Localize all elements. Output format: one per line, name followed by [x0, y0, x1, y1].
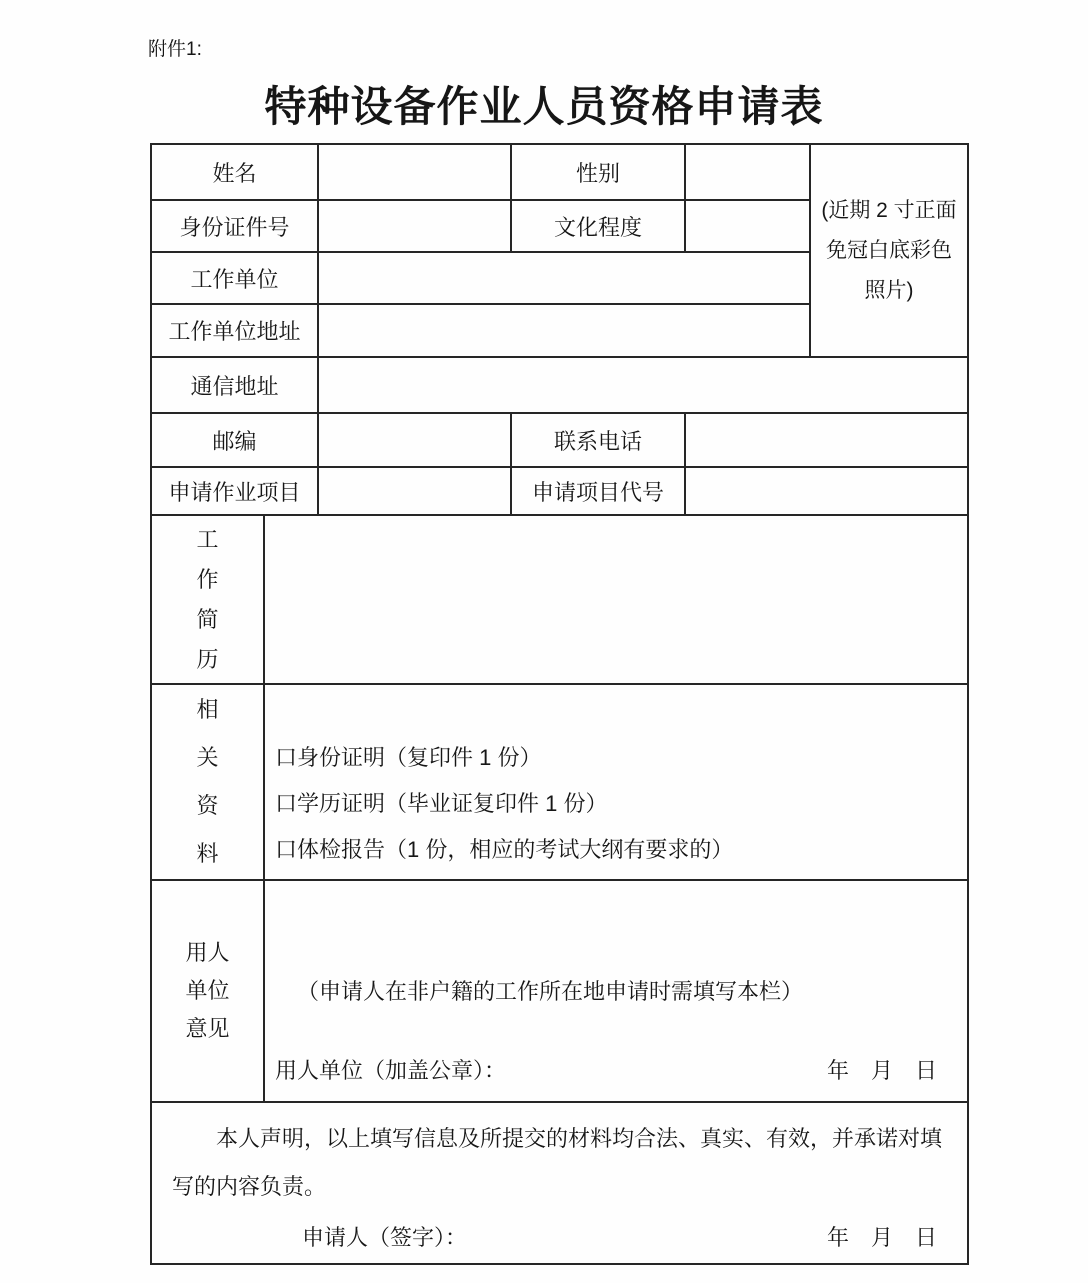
employer-opinion-label-line-3: 意见	[152, 1010, 263, 1048]
row-postal-phone: 邮编 联系电话	[151, 413, 968, 467]
related-materials-label-char-1: 相	[152, 686, 263, 734]
education-field[interactable]	[685, 200, 810, 252]
related-materials-label-char-4: 料	[152, 830, 263, 878]
work-resume-label-char-4: 历	[152, 640, 263, 680]
material-item-id-proof: 口身份证明（复印件 1 份）	[275, 735, 967, 781]
row-name-gender: 姓名 性别 (近期 2 寸正面 免冠白底彩色 照片)	[151, 144, 968, 200]
photo-note-line-2: 免冠白底彩色	[811, 231, 967, 271]
applied-project-code-label: 申请项目代号	[511, 467, 685, 515]
row-employer-opinion: 用人 单位 意见 （申请人在非户籍的工作所在地申请时需填写本栏） 用人单位（加盖…	[151, 880, 968, 1102]
employer-opinion-label: 用人 单位 意见	[151, 880, 264, 1102]
applicant-date-line: 年 月 日	[827, 1221, 937, 1252]
applied-project-label: 申请作业项目	[151, 467, 318, 515]
phone-field[interactable]	[685, 413, 968, 467]
application-form-document: 附件1: 特种设备作业人员资格申请表 姓名 性别 (近期 2 寸正面 免冠白底彩…	[0, 0, 1088, 1283]
postal-code-field[interactable]	[318, 413, 511, 467]
row-work-resume: 工 作 简 历	[151, 515, 968, 684]
declaration-section: 本人声明，以上填写信息及所提交的材料均合法、真实、有效，并承诺对填写的内容负责。…	[151, 1102, 968, 1264]
applicant-signature-label: 申请人（签字）：	[302, 1221, 467, 1252]
phone-label: 联系电话	[511, 413, 685, 467]
work-resume-field[interactable]	[264, 515, 968, 684]
related-materials-label-char-2: 关	[152, 734, 263, 782]
application-form-table: 姓名 性别 (近期 2 寸正面 免冠白底彩色 照片) 身份证件号 文化程度 工作…	[150, 143, 969, 1265]
work-resume-label-char-1: 工	[152, 520, 263, 560]
gender-field[interactable]	[685, 144, 810, 200]
applied-project-field[interactable]	[318, 467, 511, 515]
work-resume-label-char-3: 简	[152, 600, 263, 640]
related-materials-label-char-3: 资	[152, 782, 263, 830]
material-item-education-proof: 口学历证明（毕业证复印件 1 份）	[275, 781, 967, 827]
employer-opinion-content: （申请人在非户籍的工作所在地申请时需填写本栏） 用人单位（加盖公章）： 年 月 …	[264, 880, 968, 1102]
id-number-label: 身份证件号	[151, 200, 318, 252]
education-label: 文化程度	[511, 200, 685, 252]
page-title: 特种设备作业人员资格申请表	[0, 74, 1088, 134]
photo-area: (近期 2 寸正面 免冠白底彩色 照片)	[810, 144, 968, 357]
photo-note-line-1: (近期 2 寸正面	[811, 191, 967, 231]
applied-project-code-field[interactable]	[685, 467, 968, 515]
name-label: 姓名	[151, 144, 318, 200]
row-related-materials: 相 关 资 料 口身份证明（复印件 1 份） 口学历证明（毕业证复印件 1 份）…	[151, 684, 968, 880]
material-item-medical-report: 口体检报告（1 份，相应的考试大纲有要求的）	[275, 827, 967, 873]
name-field[interactable]	[318, 144, 511, 200]
mailing-address-field[interactable]	[318, 357, 968, 413]
work-resume-label-char-2: 作	[152, 560, 263, 600]
employer-label: 工作单位	[151, 252, 318, 304]
employer-opinion-label-line-1: 用人	[152, 934, 263, 972]
row-mailing-address: 通信地址	[151, 357, 968, 413]
mailing-address-label: 通信地址	[151, 357, 318, 413]
id-number-field[interactable]	[318, 200, 511, 252]
gender-label: 性别	[511, 144, 685, 200]
employer-field[interactable]	[318, 252, 810, 304]
row-applied-project: 申请作业项目 申请项目代号	[151, 467, 968, 515]
photo-note-line-3: 照片)	[811, 271, 967, 311]
employer-seal-label: 用人单位（加盖公章）：	[275, 1054, 506, 1085]
employer-address-field[interactable]	[318, 304, 810, 357]
attachment-label: 附件1:	[148, 34, 202, 61]
work-resume-label: 工 作 简 历	[151, 515, 264, 684]
declaration-statement: 本人声明，以上填写信息及所提交的材料均合法、真实、有效，并承诺对填写的内容负责。	[152, 1103, 967, 1211]
employer-date-line: 年 月 日	[827, 1054, 937, 1085]
row-declaration: 本人声明，以上填写信息及所提交的材料均合法、真实、有效，并承诺对填写的内容负责。…	[151, 1102, 968, 1264]
related-materials-label: 相 关 资 料	[151, 684, 264, 880]
postal-code-label: 邮编	[151, 413, 318, 467]
employer-opinion-label-line-2: 单位	[152, 972, 263, 1010]
employer-opinion-note: （申请人在非户籍的工作所在地申请时需填写本栏）	[265, 975, 967, 1006]
related-materials-content: 口身份证明（复印件 1 份） 口学历证明（毕业证复印件 1 份） 口体检报告（1…	[264, 684, 968, 880]
employer-address-label: 工作单位地址	[151, 304, 318, 357]
